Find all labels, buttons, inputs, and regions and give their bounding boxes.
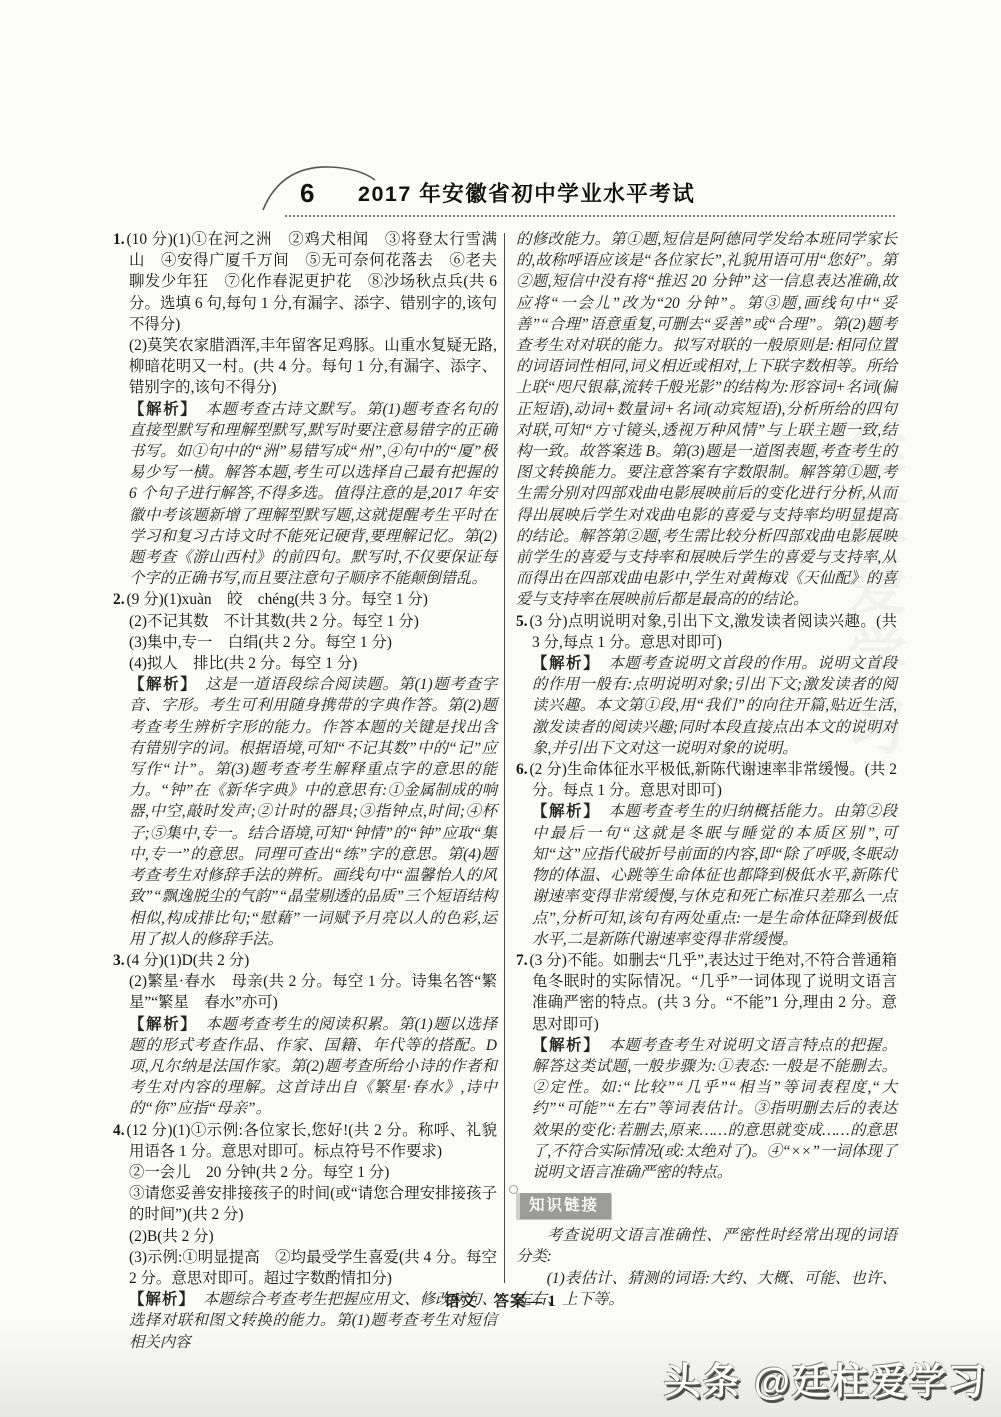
analysis-paragraph: 【解析】本题考查考生的阅读积累。第(1)题以选择题的形式考查作品、作家、国籍、年…	[113, 1014, 497, 1120]
analysis-label: 【解析】	[532, 1037, 600, 1054]
badge-ring-decoration	[509, 1185, 518, 1194]
answer-subparagraph: (4)拟人 排比(共 2 分。每空 1 分)	[113, 653, 497, 674]
right-column: 的修改能力。第①题,短信是阿德同学发给本班同学家长的,故称呼语应该是“各位家长”…	[516, 229, 897, 1310]
answer-paragraph: 4.(12 分)(1)①示例:各位家长,您好!(共 2 分。称呼、礼貌用语各 1…	[113, 1120, 497, 1162]
analysis-paragraph: 【解析】本题考查古诗文默写。第(1)题考查名句的直接型默写和理解型默写,默写时要…	[113, 399, 497, 590]
column-divider-rule	[504, 233, 505, 1283]
analysis-paragraph: 【解析】本题考查考生对说明文语言特点的把握。解答这类试题,一般步骤为:①表态:一…	[516, 1035, 897, 1183]
answer-subparagraph: (3)集中,专一 白绢(共 2 分。每空 1 分)	[113, 632, 497, 653]
answer-subparagraph: (2)不记其数 不计其数(共 2 分。每空 1 分)	[113, 611, 497, 632]
toutiao-watermark: 头条 @廷柱爱学习	[664, 1360, 987, 1404]
answer-subparagraph: (2)繁星·春水 母亲(共 2 分。每空 1 分。诗集名答“繁星”“繁星 春水”…	[113, 971, 497, 1013]
page-footer: 语文答案— 1	[0, 1292, 1001, 1312]
exam-title: 2017 年安徽省初中学业水平考试	[358, 181, 695, 207]
answer-subparagraph: (2)莫笑农家腊酒浑,丰年留客足鸡豚。山重水复疑无路,柳暗花明又一村。(共 4 …	[113, 335, 497, 399]
analysis-label: 【解析】	[532, 803, 600, 820]
answer-subparagraph: ②一会儿 20 分钟(共 2 分。每空 1 分)	[113, 1162, 497, 1183]
left-column: 1.(10 分)(1)①在河之洲 ②鸡犬相闻 ③将登太行雪满山 ④安得广厦千万间…	[113, 229, 497, 1353]
analysis-label: 【解析】	[129, 401, 197, 418]
answer-paragraph: 5.(3 分)点明说明对象,引出下文,激发读者阅读兴趣。(共 3 分,每点 1 …	[516, 611, 897, 653]
analysis-paragraph: 【解析】本题考查考生的归纳概括能力。由第②段中最后一句“这就是冬眠与睡觉的本质区…	[516, 801, 897, 949]
page-header: 6 2017 年安徽省初中学业水平考试	[113, 178, 897, 224]
analysis-paragraph: 【解析】本题考查说明文首段的作用。说明文首段的作用一般有:点明说明对象;引出下文…	[516, 653, 897, 759]
analysis-label: 【解析】	[129, 1016, 197, 1033]
knowledge-link-badge: 知识链接	[516, 1193, 611, 1219]
question-number: 1.	[113, 231, 125, 248]
footer-subject: 语文	[444, 1293, 477, 1310]
header-dotted-rule	[285, 215, 895, 217]
exam-number: 6	[300, 178, 314, 208]
answer-paragraph: 2.(9 分)(1)xuàn 皎 chéng(共 3 分。每空 1 分)	[113, 589, 497, 610]
answer-subparagraph: (3)示例:①明显提高 ②均最受学生喜爱(共 4 分。每空 2 分。意思对即可。…	[113, 1247, 497, 1289]
answer-paragraph: 6.(2 分)生命体征水平极低,新陈代谢速率非常缓慢。(共 2 分。每点 1 分…	[516, 759, 897, 801]
answer-paragraph: 7.(3 分)不能。如删去“几乎”,表达过于绝对,不符合普通箱龟冬眠时的实际情况…	[516, 950, 897, 1035]
knowledge-link-badge-row: 知识链接	[516, 1193, 897, 1221]
question-number: 7.	[516, 952, 528, 969]
answer-paragraph: 3.(4 分)(1)D(共 2 分)	[113, 950, 497, 971]
question-number: 4.	[113, 1122, 125, 1139]
answer-subparagraph: ③请您妥善安排接孩子的时间(或“请您合理安排接孩子的时间”)(共 2 分)	[113, 1183, 497, 1225]
analysis-continuation: 的修改能力。第①题,短信是阿德同学发给本班同学家长的,故称呼语应该是“各位家长”…	[516, 229, 897, 611]
analysis-label: 【解析】	[129, 676, 197, 693]
question-number: 5.	[516, 613, 528, 630]
question-number: 3.	[113, 952, 125, 969]
analysis-label: 【解析】	[532, 655, 600, 672]
footer-page-label: 答案— 1	[493, 1293, 556, 1310]
question-number: 2.	[113, 591, 125, 608]
knowledge-note: 考查说明文语言准确性、严密性时经常出现的词语分类:	[516, 1225, 897, 1267]
analysis-paragraph: 【解析】这是一道语段综合阅读题。第(1)题考查字音、字形。考生可利用随身携带的字…	[113, 674, 497, 950]
answer-subparagraph: (2)B(共 2 分)	[113, 1226, 497, 1247]
answer-paragraph: 1.(10 分)(1)①在河之洲 ②鸡犬相闻 ③将登太行雪满山 ④安得广厦千万间…	[113, 229, 497, 335]
scanned-answer-page: 6 2017 年安徽省初中学业水平考试 1.(10 分)(1)①在河之洲 ②鸡犬…	[0, 0, 1001, 1417]
question-number: 6.	[516, 761, 528, 778]
